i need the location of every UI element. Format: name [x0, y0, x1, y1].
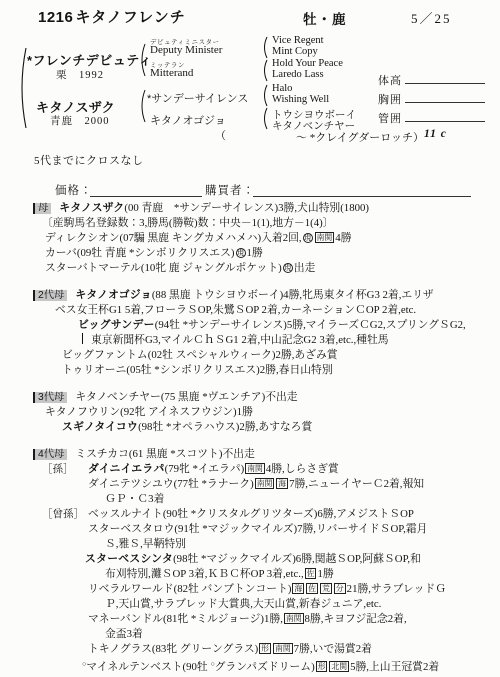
- generation-label: 2代母: [33, 290, 67, 301]
- kinship-label: ［曾孫］: [42, 507, 88, 522]
- region-badge: 南関: [284, 613, 304, 624]
- pedigree-line: 東京新聞杯G3,マイルＣｈＳG1 2着,中山記念G2 3着,etc.,種牡馬: [82, 333, 500, 348]
- text-run: 〔産駒馬名登録数：3,勝馬(勝鞍)数：中央－1(1),地方－1(4)〕: [42, 217, 334, 229]
- active-status-badge: 現: [283, 263, 293, 273]
- chest-blank: [405, 91, 485, 103]
- generation-label: 母: [33, 203, 51, 214]
- horse-name: キタノフレンチ: [75, 9, 185, 26]
- page-number: 5／25: [411, 8, 452, 27]
- text-run: マイネルテンベスト(90牡: [86, 661, 210, 673]
- pedigree-line: キタノフウリン(92牝 アイネスフウジン)1勝: [45, 405, 500, 420]
- text-run: 5勝,上山王冠賞2着: [350, 661, 439, 673]
- generation-label: 4代母: [33, 449, 67, 460]
- sire-sire-name: Deputy Minister: [150, 44, 222, 56]
- pedigree-section: 母キタノスザク(00 青鹿 *サンデーサイレンス)3勝,犬山特別(1800)〔産…: [0, 201, 500, 276]
- cannon-blank: [405, 110, 485, 122]
- text-run: リベラルワールド(82牡 バンブトンコート): [88, 583, 291, 595]
- cross-note: 5代までにクロスなし: [34, 152, 144, 168]
- pedigree-section: 2代母キタノオゴジョ(88 黒鹿 トウシヨウボーイ)4勝,牝馬東タイ杯G3 2着…: [0, 288, 500, 378]
- pedigree-line: 4代母ミスチカコ(61 黒鹿 *スコツト)不出走: [33, 447, 500, 462]
- horse-name: ビッグサンデー: [78, 319, 155, 331]
- text-run: 7勝,ニューイヤーＣ2着,報知: [289, 478, 424, 490]
- pedigree-brace: [261, 36, 268, 59]
- text-run: (79牝 *イエラパ): [165, 463, 245, 475]
- text-run: ディレクシオン(07騸 黒鹿 キングカメハメハ)入着2回,: [45, 232, 302, 244]
- pedigree-brace: [17, 47, 27, 129]
- height-blank: [405, 72, 485, 84]
- horse-name: キタノスザク: [59, 202, 124, 214]
- horse-name: ダイニイエラパ: [88, 463, 165, 475]
- text-run: 出走: [294, 262, 316, 274]
- pedigree-line: ○マイネルテンベスト(90牡 ○グランパズドリーム)形北関5勝,上山王冠賞2着: [82, 657, 500, 672]
- pedigree-line: ［孫］ダイニイエラパ(79牝 *イエラパ)南関4勝,しらさぎ賞: [42, 462, 500, 477]
- great-grandsire: Halo: [272, 83, 292, 94]
- region-badge: 佐: [306, 583, 318, 594]
- text-run: ミスチカコ(61 黒鹿 *スコツト)不出走: [75, 448, 255, 460]
- pedigree-line: トゥリオーニ(05牡 *シンボリクリスエス)2勝,春日山特別: [62, 363, 500, 378]
- text-run: トゥリオーニ(05牡 *シンボリクリスエス)2勝,春日山特別: [62, 364, 333, 376]
- pedigree-line: 〔産駒馬名登録数：3,勝馬(勝鞍)数：中央－1(1),地方－1(4)〕: [42, 216, 500, 231]
- continuation-bar: [82, 333, 83, 344]
- text-run: マネーバンドル(81牝 *ミルジョージ)1勝,: [88, 613, 283, 625]
- text-run: 8勝,キヨフジ記念2着,: [305, 613, 407, 625]
- generation-label: 3代母: [33, 392, 67, 403]
- horse-name: スターベスシンタ: [85, 553, 173, 565]
- region-badge: 形: [259, 643, 271, 654]
- pedigree-line: スギノタイコウ(98牡 *オペラハウス)2勝,あすなろ賞: [62, 420, 500, 435]
- sire-coat-year: 栗 1992: [56, 67, 104, 82]
- measurement-row: 体高: [378, 71, 485, 89]
- pedigree-line: Ｓ,雅Ｓ,早鞆特別: [105, 537, 500, 552]
- text-run: キタノベンチヤー(75 黒鹿 *ヴエンチア)不出走: [75, 391, 297, 403]
- pedigree-line: ディレクシオン(07騸 黒鹿 キングカメハメハ)入着2回,現南関4勝: [45, 231, 500, 246]
- region-badge: 佐: [305, 568, 317, 579]
- pedigree-line: スターバトマーテル(10牝 鹿 ジャングルポケット)現出走: [45, 261, 500, 276]
- measurement-row: 胸囲: [378, 90, 485, 108]
- price-blank: [90, 196, 202, 197]
- kinship-label: ［孫］: [42, 462, 88, 477]
- pedigree-line: カーバ(09牡 青鹿 *シンボリクリスエス)現1勝: [45, 246, 500, 261]
- region-badge: 南関: [315, 232, 335, 243]
- text-run: (94牡 *サンデーサイレンス)5勝,マイラーズＣG2,スプリングＳG2,: [155, 319, 466, 331]
- text-run: キタノフウリン(92牝 アイネスフウジン)1勝: [45, 406, 253, 418]
- pedigree-line: スターベスシンタ(98牡 *マジックマイルズ)6勝,関越ＳOP,阿蘇ＳOP,和: [85, 552, 500, 567]
- pedigree-line: ベス女王杯G1 5着,フローラＳOP,朱鷺ＳOP 2着,カーネーションＣOP 2…: [55, 303, 500, 318]
- text-run: (00 青鹿 *サンデーサイレンス)3勝,犬山特別(1800): [124, 202, 369, 214]
- text-run: ＧＰ・Ｃ3着: [105, 493, 164, 505]
- active-status-badge: 現: [236, 248, 246, 258]
- text-run: 4勝,しらさぎ賞: [266, 463, 339, 475]
- region-badge: 南関: [245, 463, 265, 474]
- horse-name: キタノオゴジョ: [75, 289, 152, 301]
- buyer-blank: [253, 196, 471, 197]
- sex-coat: 牡・鹿: [303, 8, 347, 28]
- pedigree-section: 4代母ミスチカコ(61 黒鹿 *スコツト)不出走［孫］ダイニイエラパ(79牝 *…: [0, 447, 500, 672]
- pedigree-line: ビッグサンデー(94牡 *サンデーサイレンス)5勝,マイラーズＣG2,スプリング…: [78, 318, 500, 333]
- region-badge: 荒: [320, 583, 332, 594]
- pedigree-line: ビッグファントム(02牡 スペシャルウィーク)2勝,あざみ賞: [62, 348, 500, 363]
- pedigree-line: マネーバンドル(81牝 *ミルジョージ)1勝,南関8勝,キヨフジ記念2着,: [88, 612, 500, 627]
- region-badge: 南関: [255, 478, 275, 489]
- pedigree-brace: [261, 84, 268, 107]
- pedigree-line: ＧＰ・Ｃ3着: [105, 492, 500, 507]
- text-run: Ｐ,天山賞,サラブレッド大賞典,大天山賞,新春ジュニア,etc.: [105, 598, 381, 610]
- text-run: Ｓ,雅Ｓ,早鞆特別: [105, 538, 186, 550]
- region-badge: 北関: [329, 661, 349, 672]
- pedigree-line: ダイニテツシユウ(77牡 *ラナーク)南関海7勝,ニューイヤーＣ2着,報知: [88, 477, 500, 492]
- chest-label: 胸囲: [378, 94, 402, 106]
- dam-coat-year: 青鹿 2000: [50, 113, 110, 128]
- pedigree-line: Ｐ,天山賞,サラブレッド大賞典,大天山賞,新春ジュニア,etc.: [105, 597, 500, 612]
- page-title: 1216キタノフレンチ: [38, 6, 186, 27]
- great-granddam: Wishing Well: [272, 94, 329, 105]
- text-run: (98牡 *オペラハウス)2勝,あすなろ賞: [138, 421, 312, 433]
- text-run: (98牡 *マジックマイルズ)6勝,関越ＳOP,阿蘇ＳOP,和: [173, 553, 421, 565]
- pedigree-line: 2代母キタノオゴジョ(88 黒鹿 トウシヨウボーイ)4勝,牝馬東タイ杯G3 2着…: [33, 288, 500, 303]
- region-badge: 海: [276, 478, 288, 489]
- pedigree-line: トキノグラス(83牝 グリーングラス)形南関7勝,いで湯賞2着: [88, 642, 500, 657]
- pedigree-line: 布刈特別,灘ＳOP 3着,ＫＢＣ杯OP 3着,etc.,佐1勝: [105, 567, 500, 582]
- pedigree-brace: [261, 107, 268, 130]
- measurement-row: 管囲: [378, 109, 485, 127]
- pedigree-line: 母キタノスザク(00 青鹿 *サンデーサイレンス)3勝,犬山特別(1800): [33, 201, 500, 216]
- pedigree-line: 金盃3着: [105, 627, 500, 642]
- text-run: 東京新聞杯G3,マイルＣｈＳG1 2着,中山記念G2 3着,etc.,種牡馬: [91, 334, 389, 346]
- catalog-number: 1216: [38, 9, 73, 26]
- text-run: スターバトマーテル(10牝 鹿 ジャングルポケット): [45, 262, 282, 274]
- text-run: 1勝: [317, 568, 333, 580]
- text-run: グランパズドリーム): [215, 661, 315, 673]
- price-label: 価格：: [55, 182, 93, 198]
- sire-dam-name: Mitterand: [150, 67, 193, 79]
- family-number: 11 c: [424, 128, 447, 140]
- dam-dam-name: キタノオゴジョ: [150, 112, 226, 128]
- family-line: ～ *クレイグダーロッチ）: [296, 129, 424, 145]
- great-granddam: Laredo Lass: [272, 69, 324, 80]
- region-badge: 南関: [273, 643, 293, 654]
- text-run: 1勝: [247, 247, 263, 259]
- region-badge: 形: [316, 661, 328, 672]
- pedigree-brace: [138, 89, 146, 123]
- text-run: カーバ(09牡 青鹿 *シンボリクリスエス): [45, 247, 235, 259]
- text-run: ビッグファントム(02牡 スペシャルウィーク)2勝,あざみ賞: [62, 349, 338, 361]
- text-run: ベス女王杯G1 5着,フローラＳOP,朱鷺ＳOP 2着,カーネーションＣOP 2…: [55, 304, 416, 316]
- text-run: 4勝: [335, 232, 351, 244]
- pedigree-line: 3代母キタノベンチヤー(75 黒鹿 *ヴエンチア)不出走: [33, 390, 500, 405]
- family-open-paren: （: [215, 127, 226, 143]
- pedigree-line: リベラルワールド(82牡 バンブトンコート)海佐荒分21勝,サラブレッドＧ: [88, 582, 500, 597]
- region-badge: 海: [292, 583, 304, 594]
- horse-name: スギノタイコウ: [62, 421, 138, 433]
- great-grandsire: Vice Regent: [272, 35, 324, 46]
- text-run: トキノグラス(83牝 グリーングラス): [88, 643, 258, 655]
- pedigree-text-block: 母キタノスザク(00 青鹿 *サンデーサイレンス)3勝,犬山特別(1800)〔産…: [0, 201, 500, 672]
- text-run: 金盃3着: [105, 628, 143, 640]
- great-grandsire: Hold Your Peace: [272, 58, 343, 69]
- buyer-label: 購買者：: [205, 182, 255, 198]
- text-run: 7勝,いで湯賞2着: [294, 643, 372, 655]
- great-granddam: Mint Copy: [272, 46, 318, 57]
- pedigree-brace: [261, 59, 268, 82]
- text-run: ダイニテツシユウ(77牡 *ラナーク): [88, 478, 254, 490]
- text-run: ベッスルナイト(90牡 *クリスタルグリツターズ)6勝,アメジストＳOP: [88, 508, 414, 520]
- region-badge: 分: [334, 583, 346, 594]
- cannon-label: 管囲: [378, 113, 402, 125]
- pedigree-line: ［曾孫］ベッスルナイト(90牡 *クリスタルグリツターズ)6勝,アメジストＳOP: [42, 507, 500, 522]
- active-status-badge: 現: [303, 233, 313, 243]
- height-label: 体高: [378, 75, 402, 87]
- pedigree-line: スターベスタロウ(91牡 *マジックマイルズ)7勝,リバーサイドＳOP,霜月: [88, 522, 500, 537]
- pedigree-section: 3代母キタノベンチヤー(75 黒鹿 *ヴエンチア)不出走キタノフウリン(92牝 …: [0, 390, 500, 435]
- text-run: 21勝,サラブレッドＧ: [347, 583, 446, 595]
- catalog-page: 1216キタノフレンチ 牡・鹿 5／25 *フレンチデビュティ 栗 1992 キ…: [0, 0, 500, 677]
- dam-sire-name: *サンデーサイレンス: [147, 90, 248, 106]
- text-run: スターベスタロウ(91牡 *マジックマイルズ)7勝,リバーサイドＳOP,霜月: [88, 523, 427, 535]
- text-run: (88 黒鹿 トウシヨウボーイ)4勝,牝馬東タイ杯G3 2着,エリザ: [152, 289, 434, 301]
- text-run: 布刈特別,灘ＳOP 3着,ＫＢＣ杯OP 3着,etc.,: [105, 568, 304, 580]
